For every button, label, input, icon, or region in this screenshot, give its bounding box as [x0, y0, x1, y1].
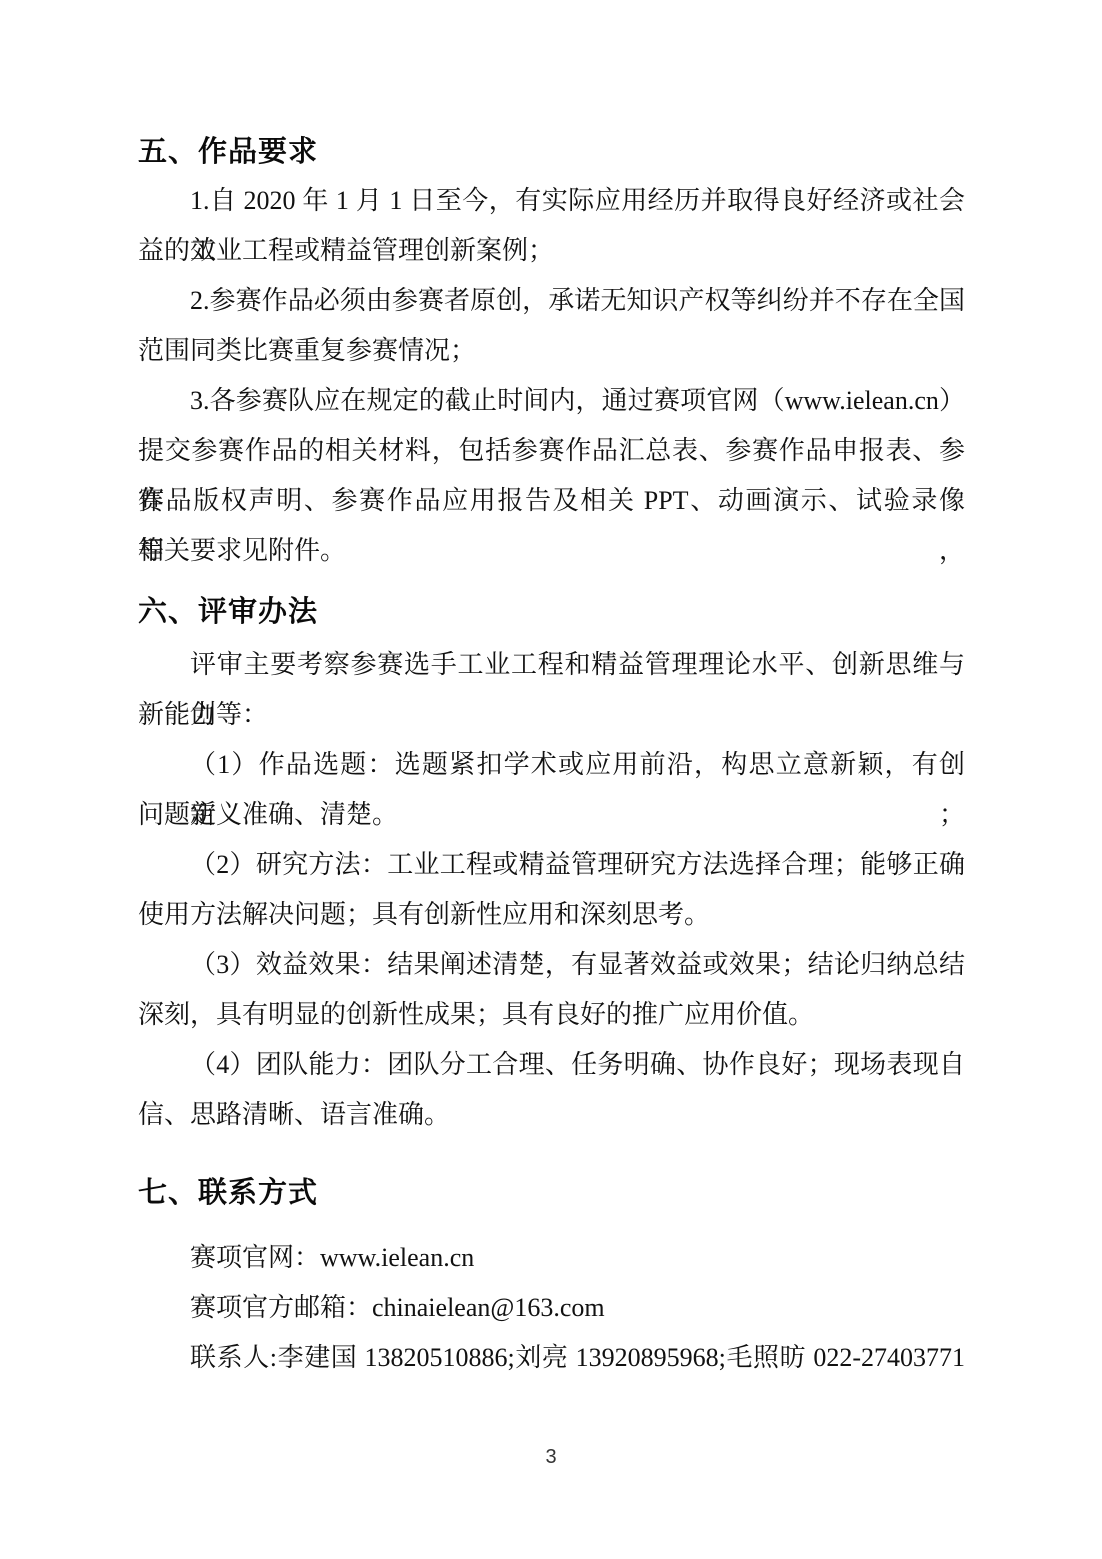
text-line: 范围同类比赛重复参赛情况；: [138, 326, 965, 376]
text-line: （3）效益效果：结果阐述清楚，有显著效益或效果；结论归纳总结: [138, 940, 965, 990]
text-line: 使用方法解决问题；具有创新性应用和深刻思考。: [138, 890, 965, 940]
paragraph: 赛项官方邮箱：chinaielean@163.com: [138, 1283, 965, 1333]
text-line: 深刻，具有明显的创新性成果；具有良好的推广应用价值。: [138, 990, 965, 1040]
paragraph: （3）效益效果：结果阐述清楚，有显著效益或效果；结论归纳总结 深刻，具有明显的创…: [138, 940, 965, 1040]
paragraph: 评审主要考察参赛选手工业工程和精益管理理论水平、创新思维与创 新能力等：: [138, 640, 965, 740]
text-line-official-website: 赛项官网：www.ielean.cn: [138, 1233, 965, 1283]
text-line: 2.参赛作品必须由参赛者原创，承诺无知识产权等纠纷并不存在全国: [138, 276, 965, 326]
paragraph: 3.各参赛队应在规定的截止时间内，通过赛项官网（www.ielean.cn） 提…: [138, 376, 965, 576]
paragraph: 1.自 2020 年 1 月 1 日至今，有实际应用经历并取得良好经济或社会效 …: [138, 176, 965, 276]
text-line: 作品版权声明、参赛作品应用报告及相关 PPT、动画演示、试验录像等，: [138, 476, 965, 526]
page-number: 3: [0, 1444, 1102, 1470]
section-heading-review-method: 六、评审办法: [138, 592, 965, 632]
text-line-contact-persons: 联系人:李建国 13820510886;刘亮 13920895968;毛照昉 0…: [138, 1333, 965, 1383]
text-line: 信、思路清晰、语言准确。: [138, 1090, 965, 1140]
text-line: 提交参赛作品的相关材料，包括参赛作品汇总表、参赛作品申报表、参赛: [138, 426, 965, 476]
paragraph: （4）团队能力：团队分工合理、任务明确、协作良好；现场表现自 信、思路清晰、语言…: [138, 1040, 965, 1140]
paragraph: （1）作品选题：选题紧扣学术或应用前沿，构思立意新颖，有创新； 问题定义准确、清…: [138, 740, 965, 840]
paragraph: 联系人:李建国 13820510886;刘亮 13920895968;毛照昉 0…: [138, 1333, 965, 1383]
text-line: 益的工业工程或精益管理创新案例；: [138, 226, 965, 276]
section-heading-contact-info: 七、联系方式: [138, 1173, 965, 1213]
text-line: （4）团队能力：团队分工合理、任务明确、协作良好；现场表现自: [138, 1040, 965, 1090]
document-content: 五、作品要求 1.自 2020 年 1 月 1 日至今，有实际应用经历并取得良好…: [138, 132, 965, 1383]
section-heading-work-requirements: 五、作品要求: [138, 132, 965, 172]
text-line: 评审主要考察参赛选手工业工程和精益管理理论水平、创新思维与创: [138, 640, 965, 690]
paragraph: 2.参赛作品必须由参赛者原创，承诺无知识产权等纠纷并不存在全国 范围同类比赛重复…: [138, 276, 965, 376]
text-line: 新能力等：: [138, 690, 965, 740]
paragraph: （2）研究方法：工业工程或精益管理研究方法选择合理；能够正确 使用方法解决问题；…: [138, 840, 965, 940]
text-line: （1）作品选题：选题紧扣学术或应用前沿，构思立意新颖，有创新；: [138, 740, 965, 790]
paragraph: 赛项官网：www.ielean.cn: [138, 1233, 965, 1283]
text-line-official-email: 赛项官方邮箱：chinaielean@163.com: [138, 1283, 965, 1333]
text-line: （2）研究方法：工业工程或精益管理研究方法选择合理；能够正确: [138, 840, 965, 890]
document-page: 五、作品要求 1.自 2020 年 1 月 1 日至今，有实际应用经历并取得良好…: [0, 0, 1102, 1559]
text-line: 3.各参赛队应在规定的截止时间内，通过赛项官网（www.ielean.cn）: [138, 376, 965, 426]
text-line: 1.自 2020 年 1 月 1 日至今，有实际应用经历并取得良好经济或社会效: [138, 176, 965, 226]
